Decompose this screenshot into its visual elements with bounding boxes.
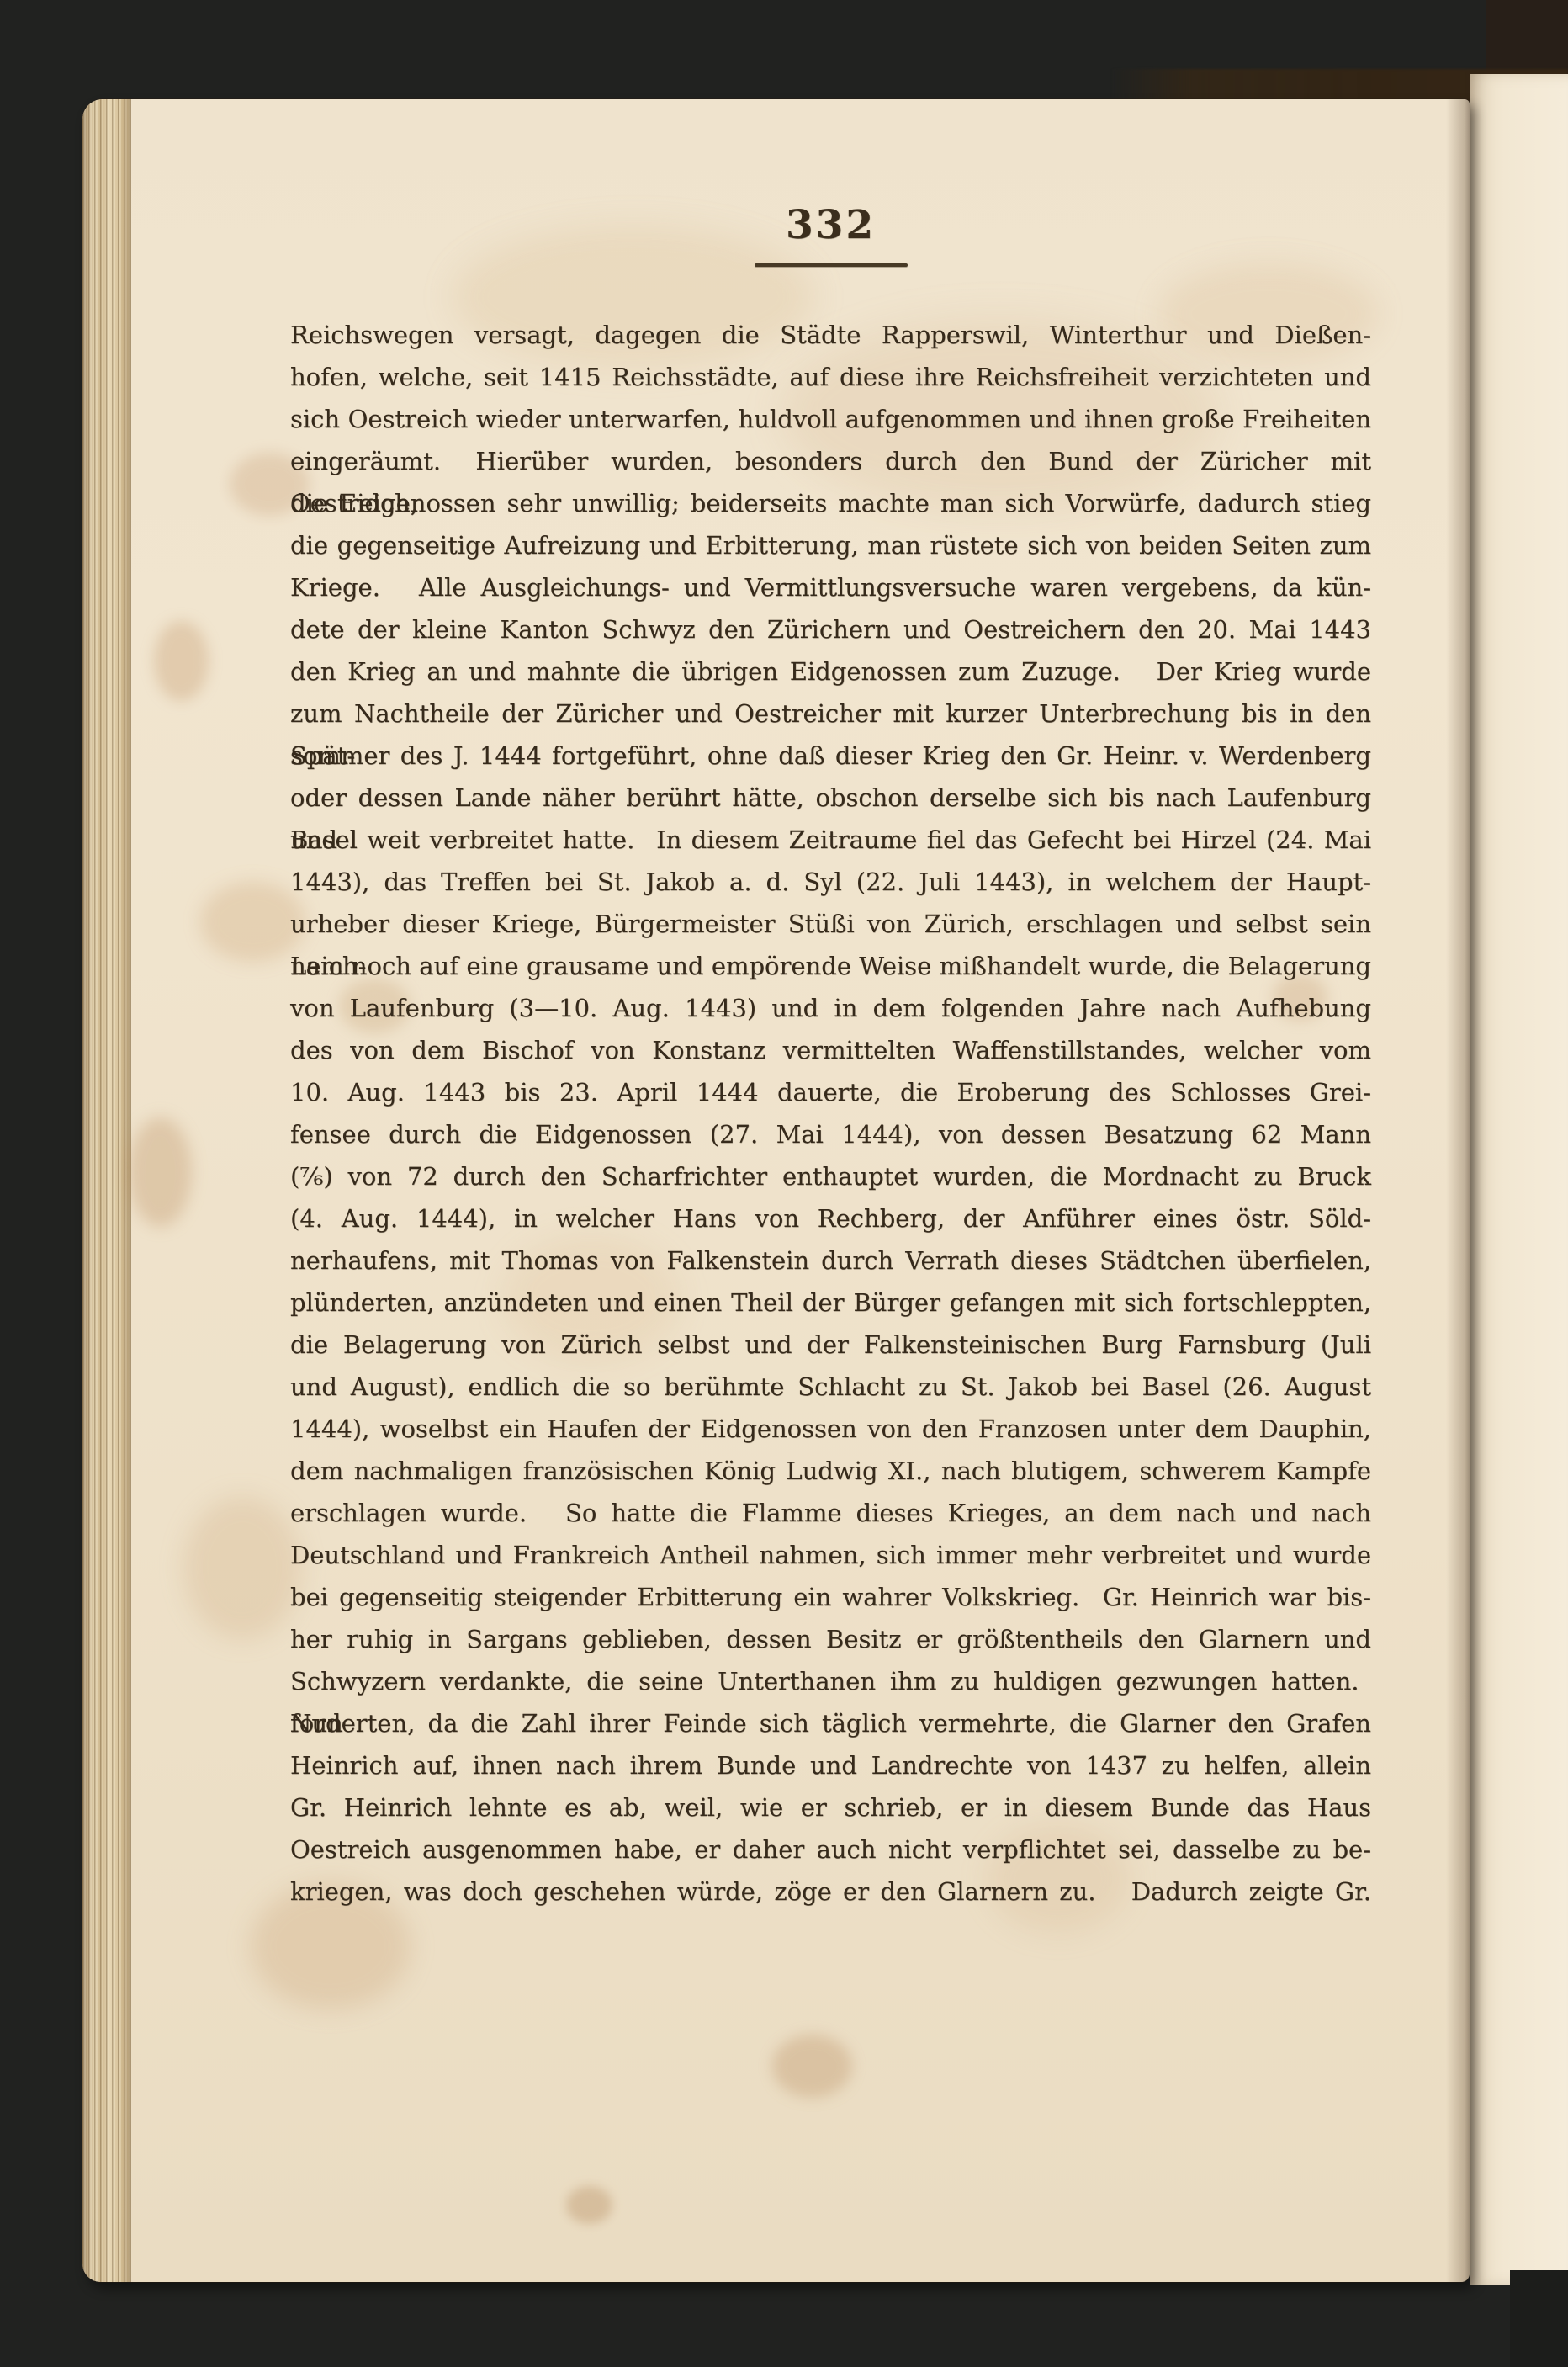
text-line: von Laufenburg (3—10. Aug. 1443) und in …	[290, 987, 1371, 1029]
text-line: des von dem Bischof von Konstanz vermitt…	[290, 1029, 1371, 1071]
text-line: (⁷⁄₆) von 72 durch den Scharfrichter ent…	[290, 1155, 1371, 1197]
text-column: 332 Reichswegen versagt, dagegen die Stä…	[290, 99, 1371, 1913]
text-line: nam noch auf eine grausame und empörende…	[290, 945, 1371, 987]
book-scan: 332 Reichswegen versagt, dagegen die Stä…	[0, 0, 1568, 2367]
text-line: Kriege. Alle Ausgleichungs- und Vermittl…	[290, 566, 1371, 608]
text-line: oder dessen Lande näher berührt hätte, o…	[290, 777, 1371, 819]
text-line: (4. Aug. 1444), in welcher Hans von Rech…	[290, 1197, 1371, 1239]
text-line: Schwyzern verdankte, die seine Unterthan…	[290, 1660, 1371, 1702]
foxing-stain	[154, 621, 209, 701]
text-line: die Eidgenossen sehr unwillig; beidersei…	[290, 482, 1371, 524]
text-line: hofen, welche, seit 1415 Reichsstädte, a…	[290, 356, 1371, 398]
text-line: sich Oestreich wieder unterwarfen, huldv…	[290, 398, 1371, 440]
foxing-stain	[566, 2186, 612, 2224]
text-line: zum Nachtheile der Züricher und Oestreic…	[290, 693, 1371, 735]
text-line: 1443), das Treffen bei St. Jakob a. d. S…	[290, 861, 1371, 903]
text-line: Heinrich auf, ihnen nach ihrem Bunde und…	[290, 1744, 1371, 1786]
text-line: forderten, da die Zahl ihrer Feinde sich…	[290, 1702, 1371, 1744]
text-line: 1444), woselbst ein Haufen der Eidgenoss…	[290, 1408, 1371, 1450]
text-line: und August), endlich die so berühmte Sch…	[290, 1366, 1371, 1408]
text-line: Oestreich ausgenommen habe, er daher auc…	[290, 1828, 1371, 1871]
text-line: sommer des J. 1444 fortgeführt, ohne daß…	[290, 735, 1371, 777]
text-line: her ruhig in Sargans geblieben, dessen B…	[290, 1618, 1371, 1660]
foxing-stain	[772, 2035, 852, 2098]
text-line: den Krieg an und mahnte die übrigen Eidg…	[290, 650, 1371, 693]
foxing-stain	[183, 1496, 301, 1639]
text-line: kriegen, was doch geschehen würde, zöge …	[290, 1871, 1371, 1913]
text-line: Reichswegen versagt, dagegen die Städte …	[290, 314, 1371, 356]
text-line: Basel weit verbreitet hatte. In diesem Z…	[290, 819, 1371, 861]
text-line: die Belagerung von Zürich selbst und der…	[290, 1324, 1371, 1366]
page-number: 332	[290, 99, 1371, 245]
book-page: 332 Reichswegen versagt, dagegen die Stä…	[82, 99, 1470, 2282]
page-number-rule	[755, 263, 908, 267]
cover-corner-block	[1486, 0, 1568, 77]
page-edge-stack	[82, 99, 131, 2282]
text-line: nerhaufens, mit Thomas von Falkenstein d…	[290, 1239, 1371, 1282]
text-line: eingeräumt. Hierüber wurden, besonders d…	[290, 440, 1371, 482]
adjacent-page	[1470, 74, 1568, 2285]
foxing-stain	[129, 1117, 192, 1227]
body-text: Reichswegen versagt, dagegen die Städte …	[290, 314, 1371, 1913]
text-line: fensee durch die Eidgenossen (27. Mai 14…	[290, 1113, 1371, 1155]
text-line: plünderten, anzündeten und einen Theil d…	[290, 1282, 1371, 1324]
text-line: 10. Aug. 1443 bis 23. April 1444 dauerte…	[290, 1071, 1371, 1113]
text-line: Deutschland und Frankreich Antheil nahme…	[290, 1534, 1371, 1576]
text-line: bei gegenseitig steigender Erbitterung e…	[290, 1576, 1371, 1618]
text-line: Gr. Heinrich lehnte es ab, weil, wie er …	[290, 1786, 1371, 1828]
text-line: urheber dieser Kriege, Bürgermeister Stü…	[290, 903, 1371, 945]
text-line: dem nachmaligen französischen König Ludw…	[290, 1450, 1371, 1492]
text-line: die gegenseitige Aufreizung und Erbitter…	[290, 524, 1371, 566]
bottom-right-shadow	[1510, 2270, 1568, 2367]
text-line: erschlagen wurde. So hatte die Flamme di…	[290, 1492, 1371, 1534]
text-line: dete der kleine Kanton Schwyz den Zürich…	[290, 608, 1371, 650]
gutter-shadow	[1446, 99, 1470, 2282]
